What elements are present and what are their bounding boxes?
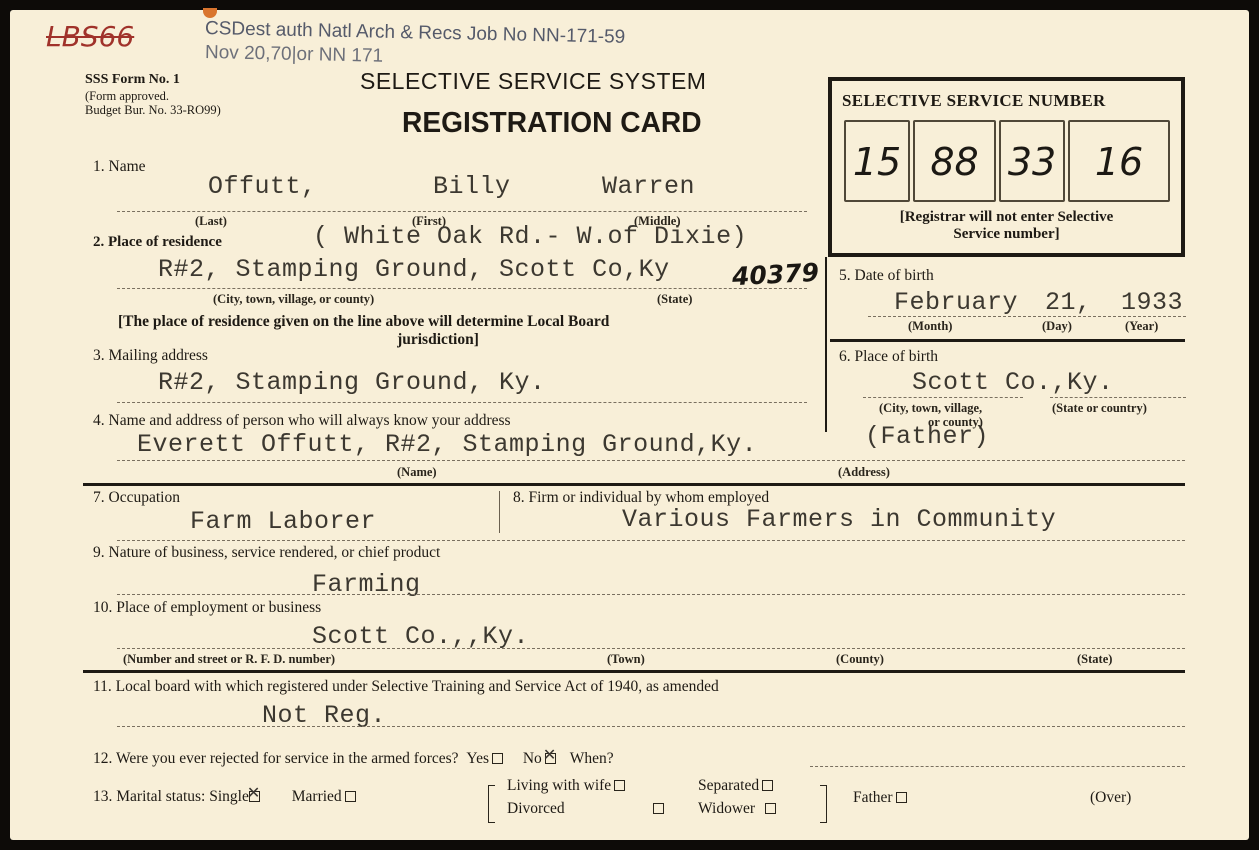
ssn-box-3: 33 [999, 120, 1065, 202]
residence-note-1: [The place of residence given on the lin… [118, 313, 609, 331]
contact-line [117, 460, 1185, 461]
dob-day-value: 21, [1045, 288, 1092, 317]
employment-place-line [117, 648, 1185, 649]
handwritten-code: LBS66 [46, 20, 134, 53]
marital-separated: Separated [698, 777, 773, 795]
marital-divorced-checkbox[interactable] [653, 803, 664, 814]
section-rule-2 [83, 670, 1185, 673]
rejected-when-line [810, 766, 1185, 767]
contact-value: Everett Offutt, R#2, Stamping Ground,Ky. [137, 430, 757, 459]
name-first-value: Billy [433, 172, 511, 201]
dob-day-caption: (Day) [1042, 319, 1072, 334]
ssn-title: SELECTIVE SERVICE NUMBER [842, 91, 1106, 111]
pob-state-value: Ky. [1067, 368, 1114, 397]
rejected-no-checkbox[interactable] [545, 753, 556, 764]
marital-widower-checkbox[interactable] [765, 803, 776, 814]
ssn-note-1: [Registrar will not enter Selective [832, 209, 1181, 226]
name-last-value: Offutt, [208, 172, 317, 201]
employment-place-label: 10. Place of employment or business [93, 599, 321, 617]
marital-separated-checkbox[interactable] [762, 780, 773, 791]
archive-stamp-line2: Nov 20,70|or NN 171 [205, 42, 384, 68]
business-label: 9. Nature of business, service rendered,… [93, 544, 440, 562]
contact-label: 4. Name and address of person who will a… [93, 412, 511, 430]
pob-label: 6. Place of birth [839, 348, 938, 366]
pob-state-line [1050, 397, 1186, 398]
marital-living-checkbox[interactable] [614, 780, 625, 791]
dob-year-caption: (Year) [1125, 319, 1158, 334]
employment-place-value: Scott Co.,,Ky. [312, 622, 529, 651]
name-line [117, 211, 807, 212]
dob-line [868, 316, 1186, 317]
residence-zip-handwritten: 40379 [731, 258, 819, 292]
pob-city-line [863, 397, 1023, 398]
residence-line2-value: R#2, Stamping Ground, Scott Co,Ky [158, 255, 670, 284]
marital-married-checkbox[interactable] [345, 791, 356, 802]
residence-line [117, 288, 807, 289]
rejected-yes-checkbox[interactable] [492, 753, 503, 764]
contact-name-caption: (Name) [397, 465, 437, 480]
ssn-box-2: 88 [913, 120, 996, 202]
employment-town-caption: (Town) [607, 652, 645, 667]
marital-father: Father [853, 789, 907, 807]
ssn-box-1: 15 [844, 120, 910, 202]
employment-state-caption: (State) [1077, 652, 1112, 667]
mailing-value: R#2, Stamping Ground, Ky. [158, 368, 546, 397]
pob-city-value: Scott Co., [912, 368, 1067, 397]
occupation-label: 7. Occupation [93, 489, 180, 507]
mailing-line [117, 402, 807, 403]
contact-address-caption: (Address) [838, 465, 890, 480]
dob-month-value: February [894, 288, 1018, 317]
name-middle-value: Warren [602, 172, 695, 201]
form-approved: (Form approved. [85, 89, 169, 104]
dob-rule [830, 339, 1185, 342]
employer-value: Various Farmers in Community [622, 505, 1056, 534]
section-rule-1 [83, 483, 1185, 486]
employment-county-caption: (County) [836, 652, 884, 667]
name-label: 1. Name [93, 158, 146, 176]
system-title: SELECTIVE SERVICE SYSTEM [360, 68, 706, 95]
pob-city-caption: (City, town, village, [879, 401, 982, 416]
name-last-caption: (Last) [195, 214, 227, 229]
marital-father-checkbox[interactable] [896, 792, 907, 803]
business-line [117, 594, 1185, 595]
residence-line1-value: ( White Oak Rd.- W.of Dixie) [313, 222, 747, 251]
ssn-note-2: Service number] [832, 226, 1181, 243]
marital-living-with-wife: Living with wife [507, 777, 625, 795]
card-title: REGISTRATION CARD [402, 107, 702, 140]
occupation-value: Farm Laborer [190, 507, 376, 536]
marital-widower: Widower [698, 800, 776, 818]
mailing-label: 3. Mailing address [93, 347, 208, 365]
ssn-panel: SELECTIVE SERVICE NUMBER 15 88 33 16 [Re… [828, 77, 1185, 257]
marital-row: 13. Marital status: Single Married [93, 788, 356, 806]
marital-single-checkbox[interactable] [249, 791, 260, 802]
dob-month-caption: (Month) [908, 319, 952, 334]
over-note: (Over) [1090, 789, 1131, 807]
residence-city-caption: (City, town, village, or county) [213, 292, 374, 307]
local-board-line [117, 726, 1185, 727]
occupation-line [117, 540, 1185, 541]
dob-label: 5. Date of birth [839, 267, 934, 285]
dob-year-value: 1933 [1121, 288, 1183, 317]
local-board-label: 11. Local board with which registered un… [93, 678, 719, 696]
marital-bracket-right [820, 785, 827, 823]
budget-number: Budget Bur. No. 33-RO99) [85, 103, 221, 118]
pob-state-caption: (State or country) [1052, 401, 1147, 416]
marital-bracket-left [488, 785, 495, 823]
occupation-divider [499, 491, 500, 533]
ssn-box-4: 16 [1068, 120, 1170, 202]
orange-mark [203, 8, 217, 18]
residence-state-caption: (State) [657, 292, 692, 307]
pob-city-caption-2: or county) [928, 415, 983, 430]
residence-label: 2. Place of residence [93, 234, 222, 251]
registration-card: LBS66 CSDest auth Natl Arch & Recs Job N… [10, 10, 1249, 840]
form-number: SSS Form No. 1 [85, 72, 180, 88]
marital-divorced: Divorced [507, 800, 664, 818]
rejected-question: 12. Were you ever rejected for service i… [93, 750, 614, 768]
employment-street-caption: (Number and street or R. F. D. number) [123, 652, 335, 667]
